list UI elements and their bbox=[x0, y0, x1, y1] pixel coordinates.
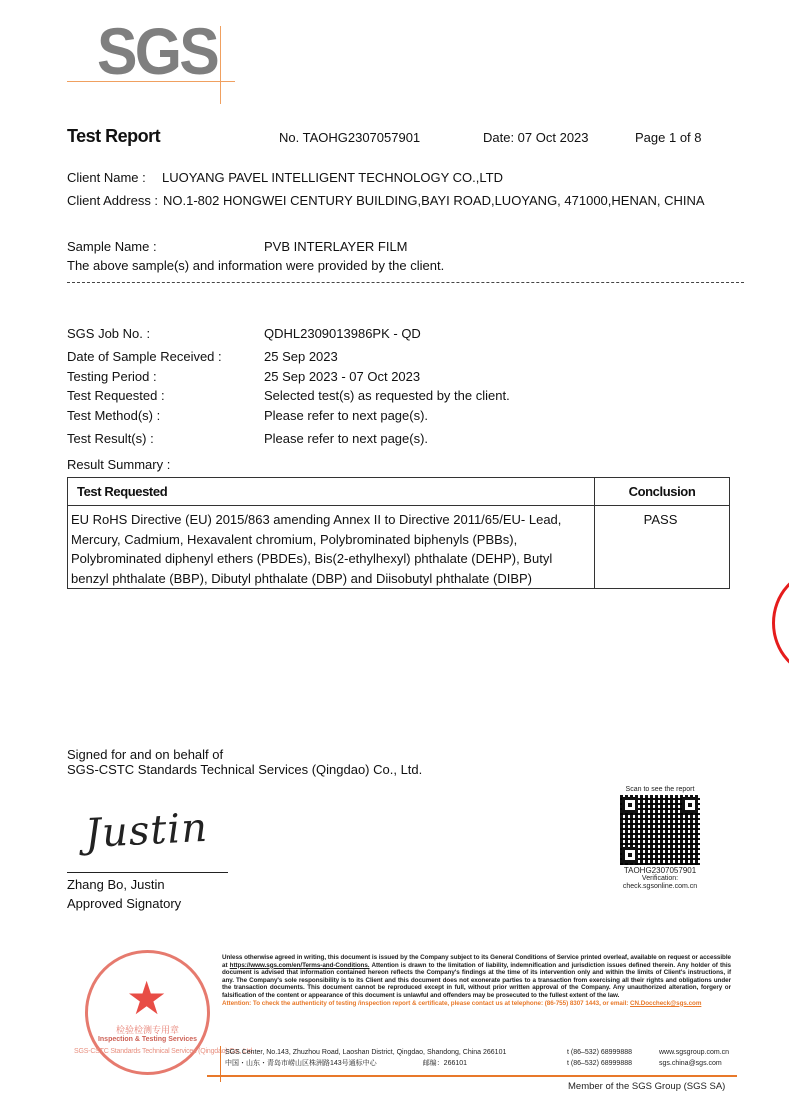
conclusion-cell: PASS bbox=[595, 506, 730, 589]
signature-line bbox=[67, 872, 228, 873]
telephone-1: t (86–532) 68999888 bbox=[567, 1047, 632, 1058]
footer-horizontal-rule bbox=[207, 1075, 737, 1077]
star-icon: ★ bbox=[126, 975, 167, 1021]
website-link[interactable]: www.sgsgroup.com.cn bbox=[659, 1047, 729, 1058]
client-name-label: Client Name : bbox=[67, 170, 146, 185]
client-name: LUOYANG PAVEL INTELLIGENT TECHNOLOGY CO.… bbox=[162, 170, 503, 185]
testing-period-label: Testing Period : bbox=[67, 369, 157, 384]
legal-disclaimer: Unless otherwise agreed in writing, this… bbox=[222, 954, 731, 1007]
verification-label: Verification: bbox=[618, 875, 702, 883]
contact-email-link[interactable]: sgs.china@sgs.com bbox=[659, 1058, 722, 1069]
page-indicator: Page 1 of 8 bbox=[635, 130, 702, 145]
date-received-label: Date of Sample Received : bbox=[67, 349, 222, 364]
footer-contacts: t (86–532) 68999888 t (86–532) 68999888 … bbox=[567, 1047, 632, 1069]
test-methods-value: Please refer to next page(s). bbox=[264, 408, 428, 423]
report-date: Date: 07 Oct 2023 bbox=[483, 130, 589, 145]
qr-finder-icon bbox=[622, 847, 638, 863]
qr-report-id: TAOHG2307057901 bbox=[618, 866, 702, 875]
column-header-conclusion: Conclusion bbox=[595, 478, 730, 506]
job-no-label: SGS Job No. : bbox=[67, 326, 150, 341]
red-stamp-partial bbox=[772, 570, 789, 676]
table-row: EU RoHS Directive (EU) 2015/863 amending… bbox=[68, 506, 730, 589]
sgs-logo: SGS bbox=[67, 12, 237, 96]
sample-note: The above sample(s) and information were… bbox=[67, 258, 444, 273]
signatory-name: Zhang Bo, Justin bbox=[67, 877, 165, 892]
sample-name-label: Sample Name : bbox=[67, 239, 157, 254]
address-chinese-row: 中国・山东・青岛市崂山区株洲路143号通标中心邮编：266101 bbox=[225, 1058, 506, 1069]
client-address-label: Client Address : bbox=[67, 193, 158, 208]
qr-verification-block: Scan to see the report TAOHG2307057901 V… bbox=[618, 786, 702, 891]
date-received-value: 25 Sep 2023 bbox=[264, 349, 338, 364]
seal-english-text: Inspection & Testing Services bbox=[88, 1036, 207, 1043]
report-title: Test Report bbox=[67, 126, 160, 147]
signed-for-text: Signed for and on behalf of bbox=[67, 747, 223, 762]
authenticity-notice: Attention: To check the authenticity of … bbox=[222, 1000, 731, 1008]
inspection-seal: ★ 检验检测专用章 Inspection & Testing Services bbox=[85, 950, 210, 1075]
qr-finder-icon bbox=[682, 797, 698, 813]
test-results-value: Please refer to next page(s). bbox=[264, 431, 428, 446]
logo-vertical-rule bbox=[220, 26, 221, 104]
result-summary-table: Test Requested Conclusion EU RoHS Direct… bbox=[67, 477, 730, 589]
test-methods-label: Test Method(s) : bbox=[67, 408, 160, 423]
sgs-logo-text: SGS bbox=[97, 18, 217, 84]
logo-horizontal-rule bbox=[67, 81, 235, 82]
doccheck-email-link[interactable]: CN.Doccheck@sgs.com bbox=[630, 1000, 701, 1007]
test-requested-value: Selected test(s) as requested by the cli… bbox=[264, 388, 510, 403]
address-english: SGS Center, No.143, Zhuzhou Road, Laosha… bbox=[225, 1047, 506, 1058]
footer-address: SGS Center, No.143, Zhuzhou Road, Laosha… bbox=[225, 1047, 506, 1069]
postcode-chinese: 邮编：266101 bbox=[423, 1060, 467, 1067]
verification-url[interactable]: check.sgsonline.com.cn bbox=[618, 883, 702, 891]
test-requested-label: Test Requested : bbox=[67, 388, 165, 403]
test-requested-cell: EU RoHS Directive (EU) 2015/863 amending… bbox=[68, 506, 595, 589]
report-number: No. TAOHG2307057901 bbox=[279, 130, 420, 145]
signatory-title: Approved Signatory bbox=[67, 896, 181, 911]
test-results-label: Test Result(s) : bbox=[67, 431, 154, 446]
qr-finder-icon bbox=[622, 797, 638, 813]
terms-link[interactable]: https://www.sgs.com/en/Terms-and-Conditi… bbox=[230, 962, 370, 969]
handwritten-signature: Justin bbox=[84, 805, 209, 857]
job-no-value: QDHL2309013986PK - QD bbox=[264, 326, 421, 341]
column-header-test-requested: Test Requested bbox=[68, 478, 595, 506]
table-header-row: Test Requested Conclusion bbox=[68, 478, 730, 506]
seal-chinese-text: 检验检测专用章 bbox=[88, 1023, 207, 1036]
result-summary-label: Result Summary : bbox=[67, 457, 170, 472]
telephone-2: t (86–532) 68999888 bbox=[567, 1058, 632, 1069]
sample-name: PVB INTERLAYER FILM bbox=[264, 239, 408, 254]
signing-company: SGS-CSTC Standards Technical Services (Q… bbox=[67, 762, 422, 777]
sgs-group-membership: Member of the SGS Group (SGS SA) bbox=[568, 1081, 725, 1092]
qr-caption: Scan to see the report bbox=[618, 786, 702, 794]
dashed-divider bbox=[67, 282, 744, 283]
attention-text: Attention: To check the authenticity of … bbox=[222, 1000, 630, 1007]
testing-period-value: 25 Sep 2023 - 07 Oct 2023 bbox=[264, 369, 420, 384]
qr-code-icon[interactable] bbox=[620, 795, 700, 865]
client-address: NO.1-802 HONGWEI CENTURY BUILDING,BAYI R… bbox=[163, 193, 705, 208]
address-chinese: 中国・山东・青岛市崂山区株洲路143号通标中心 bbox=[225, 1060, 377, 1067]
